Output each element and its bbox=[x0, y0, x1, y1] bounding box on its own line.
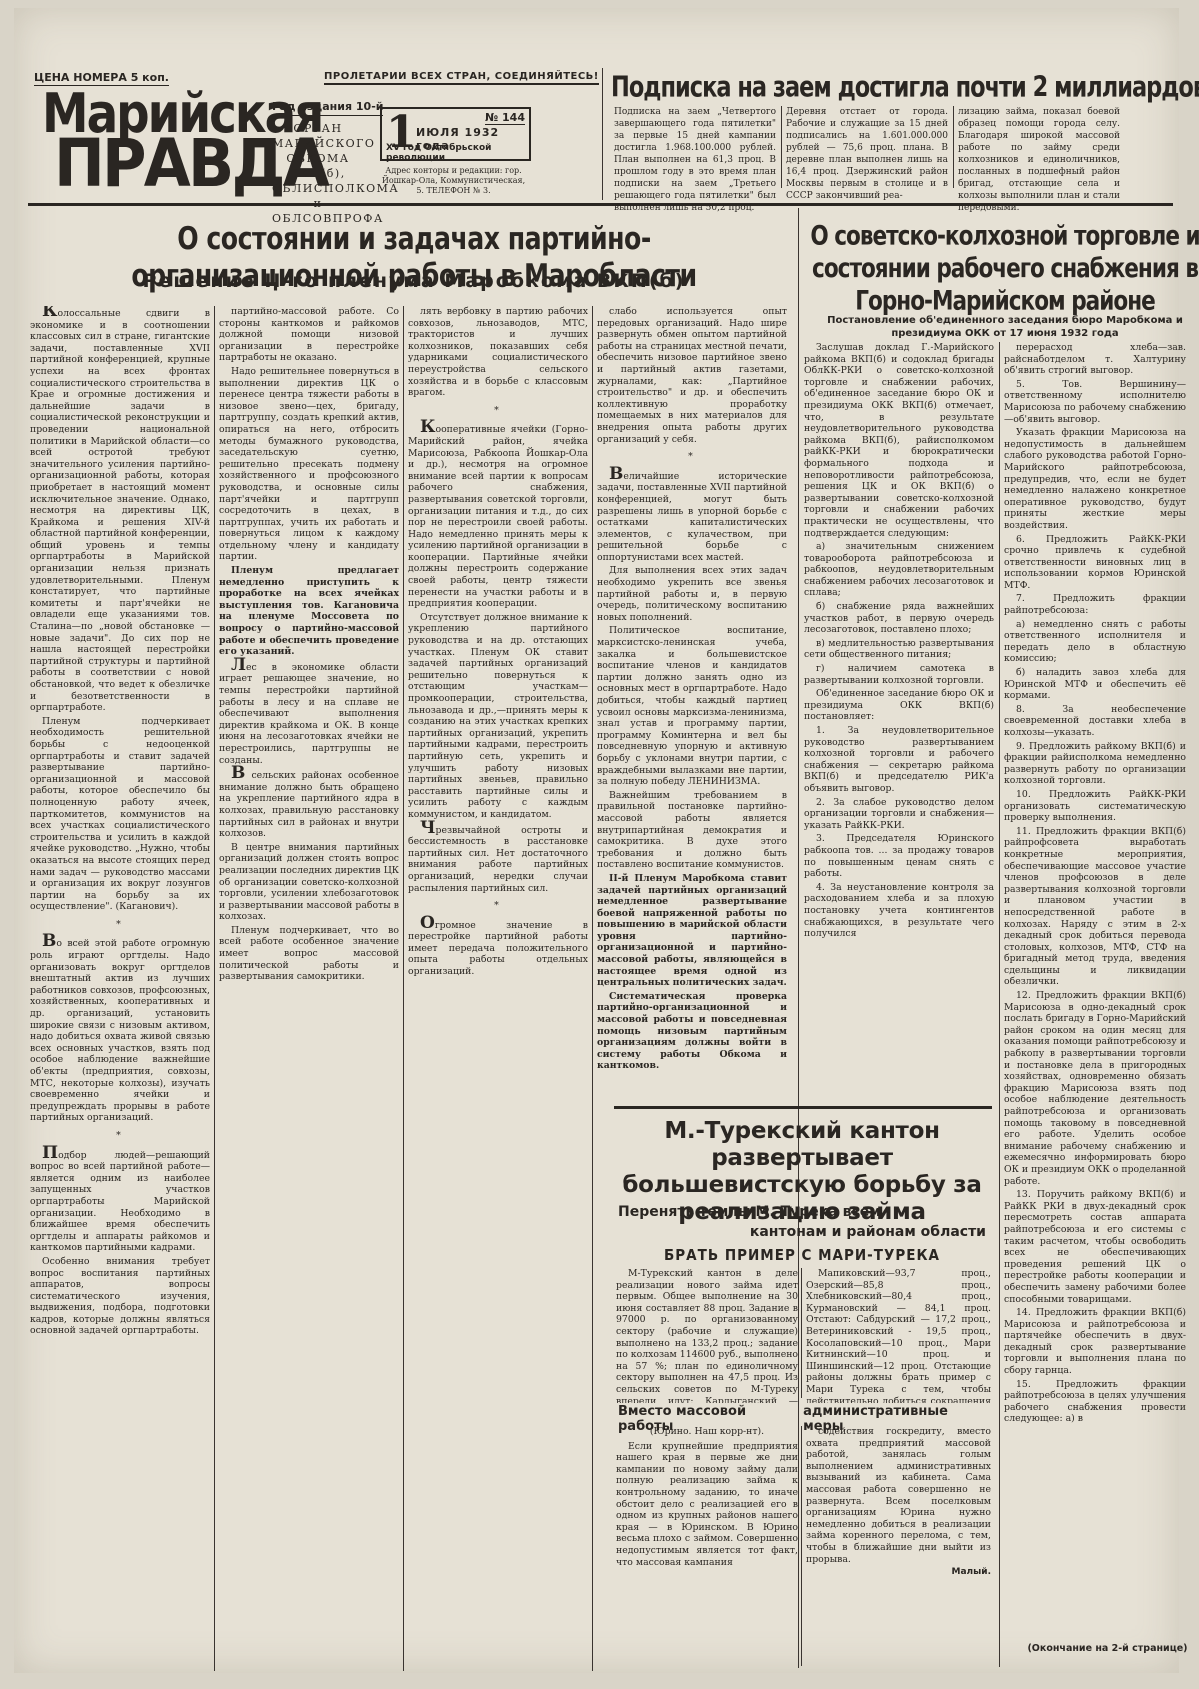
paragraph: Особенно внимания требует вопрос воспита… bbox=[30, 1256, 210, 1337]
section-rule bbox=[614, 1106, 992, 1109]
paragraph: 14. Предложить фракции ВКП(б) Марисоюза … bbox=[1004, 1307, 1186, 1377]
paragraph: 15. Предложить фракции райпотребсоюза в … bbox=[1004, 1379, 1186, 1425]
paragraph: Чрезвычайной остроты и бессистемность в … bbox=[408, 823, 588, 895]
paragraph: 9. Предложить райкому ВКП(б) и фракции р… bbox=[1004, 741, 1186, 787]
turek-article-kicker: БРАТЬ ПРИМЕР С МАРИ-ТУРЕКА bbox=[618, 1246, 986, 1264]
paragraph: Систематическая проверка партийно-органи… bbox=[597, 991, 787, 1072]
slogan: ПРОЛЕТАРИИ ВСЕХ СТРАН, СОЕДИНЯЙТЕСЬ! bbox=[324, 71, 599, 85]
paragraph: 11. Предложить фракции ВКП(б) райпрофсов… bbox=[1004, 826, 1186, 988]
paragraph: Важнейшим требованием в правильной поста… bbox=[597, 790, 787, 871]
paragraph: Надо решительнее повернуться в выполнени… bbox=[219, 366, 399, 563]
main-article-column-2: партийно-массовой работе. Со стороны кан… bbox=[219, 306, 399, 1676]
paragraph: 3. Председателя Юринского рабкоопа тов. … bbox=[804, 833, 994, 879]
divider bbox=[798, 208, 799, 1668]
masthead-rule bbox=[28, 203, 1173, 206]
paragraph: Подбор людей—решающий вопрос во всей пар… bbox=[30, 1148, 210, 1254]
paragraph: II-й Пленум Маробкома ставит задачей пар… bbox=[597, 873, 787, 989]
paragraph: 6. Предложить РайКК-РКИ срочно привлечь … bbox=[1004, 534, 1186, 592]
right-article-subheadline: Постановление об'единенного заседания бю… bbox=[810, 314, 1199, 340]
continued-notice: (Окончание на 2-й странице) bbox=[1020, 1643, 1195, 1654]
loan-banner-column: Подписка на заем „Четвертого завершающег… bbox=[614, 106, 776, 214]
main-article-column-1: Колоссальные сдвиги в экономике и в соот… bbox=[30, 306, 210, 1676]
right-article-column-1: Заслушав доклад Г.-Марийского райкома ВК… bbox=[804, 342, 994, 1097]
paragraph: Если крупнейшие предприятия нашего края … bbox=[616, 1441, 798, 1569]
paragraph: Отсутствует должное внимание к укреплени… bbox=[408, 612, 588, 821]
paragraph: Мапиковский—93,7 проц., Озерский—85,8 пр… bbox=[806, 1268, 991, 1403]
divider bbox=[602, 68, 603, 200]
paragraph: а) немедленно снять с работы ответственн… bbox=[1004, 619, 1186, 665]
turek-article-column-1: М-Турекский кантон в деле реализации нов… bbox=[616, 1268, 798, 1403]
publication-year: Год издания 10-й bbox=[272, 100, 383, 116]
paragraph: Политическое воспитание, марксистско-лен… bbox=[597, 625, 787, 787]
divider bbox=[781, 106, 782, 188]
paragraph: б) наладить завоз хлеба для Юринской МТФ… bbox=[1004, 667, 1186, 702]
main-article-column-4: слабо используется опыт передовых органи… bbox=[597, 306, 787, 1096]
paragraph: б) снабжение ряда важнейших участков раб… bbox=[804, 601, 994, 636]
paragraph: Огромное значение в перестройке партийно… bbox=[408, 918, 588, 978]
author-signature: Малый. bbox=[806, 1567, 991, 1577]
divider bbox=[403, 306, 404, 1671]
paragraph: В центре внимания партийных организаций … bbox=[219, 842, 399, 923]
loan-banner-column: лизацию займа, показал боевой образец по… bbox=[958, 106, 1120, 214]
paragraph: Пленум подчеркивает, что во всей работе … bbox=[219, 925, 399, 983]
paragraph: в) медлительностью развертывания сети об… bbox=[804, 638, 994, 661]
turek-article-subheadline: Перенять темпы М.-Турека всем bbox=[618, 1204, 881, 1220]
paragraph: Во всей этой работе огромную роль играют… bbox=[30, 936, 210, 1124]
paragraph: слабо используется опыт передовых органи… bbox=[597, 306, 787, 445]
paragraph: Лес в экономике области играет решающее … bbox=[219, 660, 399, 766]
paragraph: лять вербовку в партию рабочих совхозов,… bbox=[408, 306, 588, 399]
paragraph: Пленум предлагает немедленно приступить … bbox=[219, 565, 399, 658]
paragraph: Заслушав доклад Г.-Марийского райкома ВК… bbox=[804, 342, 994, 539]
right-article-column-2: перерасход хлеба—зав. райснаботделом т. … bbox=[1004, 342, 1186, 1637]
instead-article-column-2: содействия госкредиту, вместо охвата пре… bbox=[806, 1426, 991, 1671]
turek-article-column-2: Мапиковский—93,7 проц., Озерский—85,8 пр… bbox=[806, 1268, 991, 1403]
divider bbox=[801, 1426, 802, 1666]
paragraph: 2. За слабое руководство делом организац… bbox=[804, 797, 994, 832]
turek-article-subheadline: кантонам и районам области bbox=[618, 1224, 986, 1240]
newspaper-page: ЦЕНА НОМЕРА 5 коп. ПРОЛЕТАРИИ ВСЕХ СТРАН… bbox=[14, 8, 1179, 1673]
publisher-organ: ОРГАН МАРИЙСКОГО ОБКОМА ВКП(б), ОБЛИСПОЛ… bbox=[272, 121, 364, 226]
paragraph: а) значительным снижением товарооборота … bbox=[804, 541, 994, 599]
paragraph: содействия госкредиту, вместо охвата пре… bbox=[806, 1426, 991, 1565]
editorial-address: Адрес конторы и редакции: гор. Йошкар-Ол… bbox=[380, 166, 527, 196]
instead-article-column-1: (Юрино. Наш корр-нт). Если крупнейшие пр… bbox=[616, 1426, 798, 1671]
paragraph: 1. За неудовлетворительное руководство р… bbox=[804, 725, 994, 795]
divider bbox=[214, 306, 215, 1671]
divider bbox=[801, 1268, 802, 1398]
issue-date-box: 1 № 144 ИЮЛЯ 1932 года XV год Октябрьско… bbox=[380, 107, 531, 161]
divider bbox=[999, 342, 1000, 1667]
section-separator: * bbox=[597, 451, 787, 463]
revolution-year: XV год Октябрьской революции bbox=[386, 143, 529, 163]
main-article-column-3: лять вербовку в партию рабочих совхозов,… bbox=[408, 306, 588, 1676]
paragraph: Для выполнения всех этих задач необходим… bbox=[597, 565, 787, 623]
paragraph: 7. Предложить фракции райпотребсоюза: bbox=[1004, 593, 1186, 616]
loan-banner-headline: Подписка на заем достигла почти 2 миллиа… bbox=[611, 70, 1199, 103]
paragraph: Колоссальные сдвиги в экономике и в соот… bbox=[30, 306, 210, 714]
loan-banner-column: Деревня отстает от города. Рабочие и слу… bbox=[786, 106, 948, 202]
issue-number: № 144 bbox=[485, 111, 525, 125]
divider bbox=[953, 106, 954, 188]
paragraph: В сельских районах особенное внимание до… bbox=[219, 768, 399, 840]
paragraph: 5. Тов. Вершинину—ответственному исполни… bbox=[1004, 379, 1186, 425]
paragraph: Указать фракции Марисоюза на недопустимо… bbox=[1004, 427, 1186, 531]
paragraph: Об'единенное заседание бюро ОК и президи… bbox=[804, 688, 994, 723]
correspondent-byline: (Юрино. Наш корр-нт). bbox=[616, 1426, 798, 1438]
section-separator: * bbox=[30, 1130, 210, 1142]
paragraph: М-Турекский кантон в деле реализации нов… bbox=[616, 1268, 798, 1403]
section-separator: * bbox=[30, 919, 210, 931]
paragraph: г) наличием самотека в развертывании кол… bbox=[804, 663, 994, 686]
section-separator: * bbox=[408, 405, 588, 417]
paragraph: перерасход хлеба—зав. райснаботделом т. … bbox=[1004, 342, 1186, 377]
paragraph: Величайшие исторические задачи, поставле… bbox=[597, 469, 787, 564]
section-separator: * bbox=[408, 900, 588, 912]
paragraph: 4. За неустановление контроля за расходо… bbox=[804, 882, 994, 940]
main-article-subheadline: Решение II-го пленума Маробкома ВКП(б) bbox=[54, 270, 774, 292]
paragraph: 13. Поручить райкому ВКП(б) и РайКК РКИ … bbox=[1004, 1189, 1186, 1305]
divider bbox=[592, 306, 593, 1671]
paragraph: 10. Предложить РайКК-РКИ организовать си… bbox=[1004, 789, 1186, 824]
right-article-headline: О советско-колхозной торговле и состояни… bbox=[810, 220, 1199, 317]
paragraph: 8. За необеспечение своевременной достав… bbox=[1004, 704, 1186, 739]
paragraph: партийно-массовой работе. Со стороны кан… bbox=[219, 306, 399, 364]
paragraph: 12. Предложить фракции ВКП(б) Марисоюза … bbox=[1004, 990, 1186, 1187]
paragraph: Пленум подчеркивает необходимость решите… bbox=[30, 716, 210, 913]
paragraph: Кооперативные ячейки (Горно-Марийский ра… bbox=[408, 422, 588, 610]
